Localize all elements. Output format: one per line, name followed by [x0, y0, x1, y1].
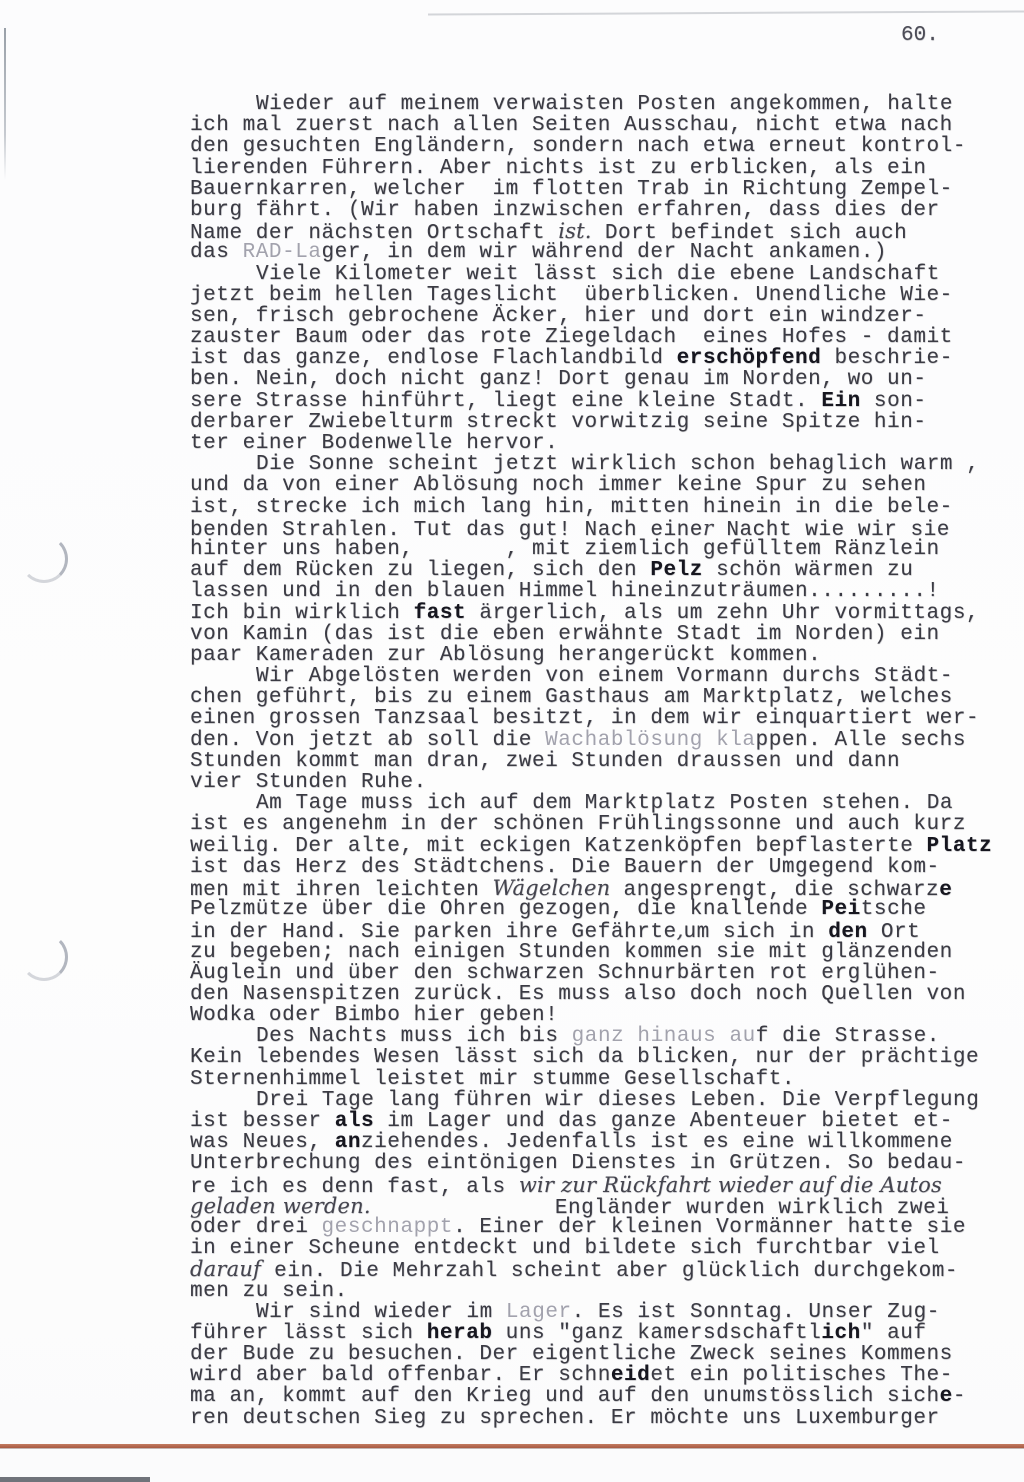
handwritten-text: geladen werden.: [190, 1194, 371, 1218]
text-line: führer lässt sich herab uns "ganz kamers…: [190, 1323, 980, 1344]
typewritten-text: Die Sonne scheint jetzt wirklich schon b…: [256, 453, 979, 476]
paragraph: Die Sonne scheint jetzt wirklich schon b…: [190, 454, 980, 666]
text-line: Am Tage muss ich auf dem Marktplatz Post…: [190, 793, 980, 814]
text-line: ben. Nein, doch nicht ganz! Dort genau i…: [190, 369, 980, 390]
typewritten-text: Ich bin wirklich: [190, 602, 414, 625]
text-block: Wieder auf meinem verwaisten Posten ange…: [190, 94, 980, 1429]
text-line: wird aber bald offenbar. Er schneidet ei…: [190, 1365, 980, 1386]
text-line: burg fährt. (Wir haben inzwischen erfahr…: [190, 200, 980, 221]
typewritten-text: weilig. Der alte, mit eckigen Katzenköpf…: [190, 835, 927, 858]
handwritten-text: ist.: [558, 219, 591, 243]
text-line: in der Hand. Sie parken ihre Gefährte,um…: [190, 920, 980, 941]
text-line: darauf ein. Die Mehrzahl scheint aber gl…: [190, 1259, 980, 1280]
text-line: Wir sind wieder im Lager. Es ist Sonntag…: [190, 1302, 980, 1323]
paragraph: Drei Tage lang führen wir dieses Leben. …: [190, 1090, 980, 1302]
typewritten-text: einen grossen Tanzsaal besitzt, in dem w…: [190, 707, 979, 730]
typewritten-text: schön wärmen zu: [703, 559, 913, 582]
text-line: Die Sonne scheint jetzt wirklich schon b…: [190, 454, 980, 475]
typewritten-text: der Bude zu besuchen. Der eigentliche Zw…: [190, 1343, 953, 1366]
typewritten-text: an: [335, 1131, 361, 1154]
text-line: lassen und in den blauen Himmel hineinzu…: [190, 581, 980, 602]
paragraph: Viele Kilometer weit lässt sich die eben…: [190, 264, 980, 455]
typewritten-text: ren deutschen Sieg zu sprechen. Er möcht…: [190, 1407, 940, 1430]
typewritten-text: ben. Nein, doch nicht ganz! Dort genau i…: [190, 368, 927, 391]
typewritten-text: Bauernkarren, welcher im flotten Trab in…: [190, 178, 953, 201]
text-line: ich mal zuerst nach allen Seiten Ausscha…: [190, 115, 980, 136]
typewritten-text: im Lager und das ganze Abenteuer bietet …: [374, 1110, 953, 1133]
typewritten-text: Viele Kilometer weit lässt sich die eben…: [256, 263, 940, 286]
typewritten-text: ich: [821, 1322, 860, 1345]
typewritten-text: als: [335, 1110, 374, 1133]
hole-punch-mark-top: [20, 535, 68, 583]
typewritten-text: jetzt beim hellen Tageslicht überblicken…: [190, 284, 953, 307]
typewritten-text: sen, frisch gebrochene Äcker, hier und d…: [190, 305, 927, 328]
text-line: re ich es denn fast, als wir zur Rückfah…: [190, 1175, 980, 1196]
paragraph: Am Tage muss ich auf dem Marktplatz Post…: [190, 793, 980, 1026]
text-line: men zu sein.: [190, 1281, 980, 1302]
text-line: Kein lebendes Wesen lässt sich da blicke…: [190, 1047, 980, 1068]
text-line: chen geführt, bis zu einem Gasthaus am M…: [190, 687, 980, 708]
text-line: derbarer Zwiebelturm streckt vorwitzig s…: [190, 412, 980, 433]
text-line: Äuglein und über den schwarzen Schnurbär…: [190, 963, 980, 984]
typewritten-text: lierenden Führern. Aber nichts ist zu er…: [190, 157, 927, 180]
text-line: ist das Herz des Städtchens. Die Bauern …: [190, 857, 980, 878]
typewritten-text: zu begeben; nach einigen Stunden kommen …: [190, 941, 953, 964]
text-line: Drei Tage lang führen wir dieses Leben. …: [190, 1090, 980, 1111]
typewritten-text: RAD-La: [243, 241, 322, 264]
typewritten-text: Des Nachts muss ich bis: [256, 1025, 572, 1048]
page-number: 60.: [901, 24, 939, 47]
text-line: den gesuchten Engländern, sondern nach e…: [190, 136, 980, 157]
text-line: in einer Scheune entdeckt und bildete si…: [190, 1238, 980, 1259]
typewritten-text: Stunden kommt man dran, zwei Stunden dra…: [190, 750, 900, 773]
typewritten-text: lassen und in den blauen Himmel hineinzu…: [190, 580, 940, 603]
typewritten-text: -: [953, 1385, 966, 1408]
text-line: Ich bin wirklich fast ärgerlich, als um …: [190, 603, 980, 624]
typewritten-text: . Einer der kleinen Vormänner hatte sie: [453, 1216, 966, 1239]
paragraph: Wir Abgelösten werden von einem Vormann …: [190, 666, 980, 793]
text-line: Viele Kilometer weit lässt sich die eben…: [190, 264, 980, 285]
text-line: hinter uns haben, , mit ziemlich gefüllt…: [190, 539, 980, 560]
typewritten-text: und da von einer Ablösung noch immer kei…: [190, 474, 927, 497]
text-line: sere Strasse hinführt, liegt eine kleine…: [190, 391, 980, 412]
typewritten-text: den Nasenspitzen zurück. Es muss also do…: [190, 983, 966, 1006]
typewritten-text: ärgerlich, als um zehn Uhr vormittags,: [466, 602, 979, 625]
typewritten-text: uns "ganz kamersdschaftl: [493, 1322, 822, 1345]
text-line: Wir Abgelösten werden von einem Vormann …: [190, 666, 980, 687]
typewritten-text: das: [190, 241, 243, 264]
typewritten-text: ppen. Alle sechs: [756, 729, 966, 752]
hole-punch-mark-bottom: [20, 933, 68, 981]
typewritten-text: Am Tage muss ich auf dem Marktplatz Post…: [256, 792, 953, 815]
text-line: von Kamin (das ist die eben erwähnte Sta…: [190, 624, 980, 645]
handwritten-text: ,: [677, 918, 684, 942]
handwritten-text: r: [703, 516, 713, 540]
bottom-corner-mark: [0, 1477, 150, 1482]
typewritten-text: son-: [861, 390, 927, 413]
typewritten-text: et ein politisches The-: [650, 1364, 953, 1387]
typewritten-text: Sternenhimmel leistet mir stumme Gesells…: [190, 1068, 795, 1091]
scan-edge-left: [4, 28, 6, 180]
handwritten-text: Wägelchen: [493, 876, 611, 900]
typewritten-text: wird aber bald offenbar. Er schn: [190, 1364, 611, 1387]
typewritten-text: ist besser: [190, 1110, 335, 1133]
typewritten-text: sere Strasse hinführt, liegt eine kleine…: [190, 390, 821, 413]
text-line: Des Nachts muss ich bis ganz hinaus auf …: [190, 1026, 980, 1047]
typewritten-text: was Neues,: [190, 1131, 335, 1154]
typewritten-text: ein. Die Mehrzahl scheint aber glücklich…: [261, 1260, 958, 1283]
text-line: oder drei geschnappt. Einer der kleinen …: [190, 1217, 980, 1238]
text-line: geladen werden. Engländer wurden wirklic…: [190, 1196, 980, 1217]
typewritten-text: ter einer Bodenwelle hervor.: [190, 432, 558, 455]
typewritten-text: chen geführt, bis zu einem Gasthaus am M…: [190, 686, 953, 709]
typewritten-text: beschrie-: [821, 347, 953, 370]
text-line: men mit ihren leichten Wägelchen angespr…: [190, 878, 980, 899]
typewritten-text: Wodka oder Bimbo hier geben!: [190, 1004, 558, 1027]
typewritten-text: men zu sein.: [190, 1280, 348, 1303]
typewritten-text: Kein lebendes Wesen lässt sich da blicke…: [190, 1046, 979, 1069]
typewritten-text: Pelz: [650, 559, 703, 582]
text-line: weilig. Der alte, mit eckigen Katzenköpf…: [190, 836, 980, 857]
paragraph: Wir sind wieder im Lager. Es ist Sonntag…: [190, 1302, 980, 1429]
text-line: ist besser als im Lager und das ganze Ab…: [190, 1111, 980, 1132]
typewritten-text: tsche: [861, 898, 927, 921]
typewritten-text: Platz: [927, 835, 993, 858]
text-line: zu begeben; nach einigen Stunden kommen …: [190, 942, 980, 963]
typewritten-text: paar Kameraden zur Ablösung herangerückt…: [190, 644, 821, 667]
typewritten-text: ma an, kommt auf den Krieg und auf den u…: [190, 1385, 940, 1408]
typewritten-text: Pelzmütze über die Ohren gezogen, die kn…: [190, 898, 821, 921]
typewritten-text: ist das ganze, endlose Flachlandbild: [190, 347, 677, 370]
text-line: vier Stunden Ruhe.: [190, 772, 980, 793]
text-line: ma an, kommt auf den Krieg und auf den u…: [190, 1386, 980, 1407]
bottom-rule: [0, 1444, 1024, 1448]
typewritten-text: oder drei: [190, 1216, 322, 1239]
typewritten-text: von Kamin (das ist die eben erwähnte Sta…: [190, 623, 940, 646]
text-line: einen grossen Tanzsaal besitzt, in dem w…: [190, 708, 980, 729]
typewritten-text: Pei: [821, 898, 860, 921]
text-line: benden Strahlen. Tut das gut! Nach einer…: [190, 518, 980, 539]
typewritten-text: ist es angenehm in der schönen Frühlings…: [190, 813, 966, 836]
text-line: Stunden kommt man dran, zwei Stunden dra…: [190, 751, 980, 772]
typewritten-text: fast: [414, 602, 467, 625]
typewritten-text: eid: [611, 1364, 650, 1387]
text-line: den Nasenspitzen zurück. Es muss also do…: [190, 984, 980, 1005]
typewritten-text: Wieder auf meinem verwaisten Posten ange…: [256, 93, 953, 116]
typewritten-text: ger, in dem wir während der Nacht ankame…: [322, 241, 888, 264]
typewritten-text: . Es ist Sonntag. Unser Zug-: [572, 1301, 940, 1324]
typewritten-text: in einer Scheune entdeckt und bildete si…: [190, 1237, 940, 1260]
typewritten-text: e: [939, 879, 952, 902]
scan-edge-top: [428, 10, 1024, 15]
paragraph: Wieder auf meinem verwaisten Posten ange…: [190, 94, 980, 264]
text-line: jetzt beim hellen Tageslicht überblicken…: [190, 285, 980, 306]
typewritten-text: auf dem Rücken zu liegen, sich den: [190, 559, 650, 582]
text-line: das RAD-Lager, in dem wir während der Na…: [190, 242, 980, 263]
text-line: ist, strecke ich mich lang hin, mitten h…: [190, 497, 980, 518]
text-line: Unterbrechung des eintönigen Dienstes in…: [190, 1153, 980, 1174]
typewritten-text: zauster Baum oder das rote Ziegeldach ei…: [190, 326, 953, 349]
text-line: Bauernkarren, welcher im flotten Trab in…: [190, 179, 980, 200]
typewritten-text: Wir Abgelösten werden von einem Vormann …: [256, 665, 953, 688]
text-line: Wieder auf meinem verwaisten Posten ange…: [190, 94, 980, 115]
text-line: der Bude zu besuchen. Der eigentliche Zw…: [190, 1344, 980, 1365]
handwritten-text: darauf: [190, 1257, 261, 1281]
typewritten-text: geschnappt: [322, 1216, 454, 1239]
text-line: ist es angenehm in der schönen Frühlings…: [190, 814, 980, 835]
typewritten-text: Wachablösung kla: [545, 729, 755, 752]
typewritten-text: Wir sind wieder im: [256, 1301, 506, 1324]
typewritten-text: vier Stunden Ruhe.: [190, 771, 427, 794]
typewritten-text: Drei Tage lang führen wir dieses Leben. …: [256, 1089, 979, 1112]
typewritten-text: führer lässt sich: [190, 1322, 427, 1345]
handwritten-text: wir zur Rückfahrt wieder auf die Autos: [519, 1173, 942, 1197]
typewritten-text: Lager: [506, 1301, 572, 1324]
text-line: auf dem Rücken zu liegen, sich den Pelz …: [190, 560, 980, 581]
text-line: Name der nächsten Ortschaft ist. Dort be…: [190, 221, 980, 242]
text-line: lierenden Führern. Aber nichts ist zu er…: [190, 158, 980, 179]
text-line: was Neues, anziehendes. Jedenfalls ist e…: [190, 1132, 980, 1153]
typewritten-text: e: [940, 1385, 953, 1408]
document-page: 60. Wieder auf meinem verwaisten Posten …: [0, 0, 1024, 1482]
text-line: Wodka oder Bimbo hier geben!: [190, 1005, 980, 1026]
typewritten-text: " auf: [861, 1322, 927, 1345]
typewritten-text: ich mal zuerst nach allen Seiten Ausscha…: [190, 114, 953, 137]
text-line: ist das ganze, endlose Flachlandbild ers…: [190, 348, 980, 369]
text-line: den. Von jetzt ab soll die Wachablösung …: [190, 730, 980, 751]
text-line: Sternenhimmel leistet mir stumme Gesells…: [190, 1069, 980, 1090]
typewritten-text: Ein: [821, 390, 860, 413]
text-line: und da von einer Ablösung noch immer kei…: [190, 475, 980, 496]
text-line: ter einer Bodenwelle hervor.: [190, 433, 980, 454]
typewritten-text: ganz hinaus au: [572, 1025, 756, 1048]
typewritten-text: ziehendes. Jedenfalls ist es eine willko…: [361, 1131, 953, 1154]
typewritten-text: den. Von jetzt ab soll die: [190, 729, 545, 752]
text-line: paar Kameraden zur Ablösung herangerückt…: [190, 645, 980, 666]
typewritten-text: derbarer Zwiebelturm streckt vorwitzig s…: [190, 411, 927, 434]
text-line: Pelzmütze über die Ohren gezogen, die kn…: [190, 899, 980, 920]
typewritten-text: hinter uns haben, , mit ziemlich gefüllt…: [190, 538, 940, 561]
text-line: ren deutschen Sieg zu sprechen. Er möcht…: [190, 1408, 980, 1429]
typewritten-text: f die Strasse.: [756, 1025, 940, 1048]
typewritten-text: ist, strecke ich mich lang hin, mitten h…: [190, 496, 953, 519]
typewritten-text: Äuglein und über den schwarzen Schnurbär…: [190, 962, 940, 985]
text-line: sen, frisch gebrochene Äcker, hier und d…: [190, 306, 980, 327]
paragraph: Des Nachts muss ich bis ganz hinaus auf …: [190, 1026, 980, 1090]
typewritten-text: erschöpfend: [677, 347, 822, 370]
text-line: zauster Baum oder das rote Ziegeldach ei…: [190, 327, 980, 348]
typewritten-text: herab: [427, 1322, 493, 1345]
typewritten-text: den gesuchten Engländern, sondern nach e…: [190, 135, 966, 158]
